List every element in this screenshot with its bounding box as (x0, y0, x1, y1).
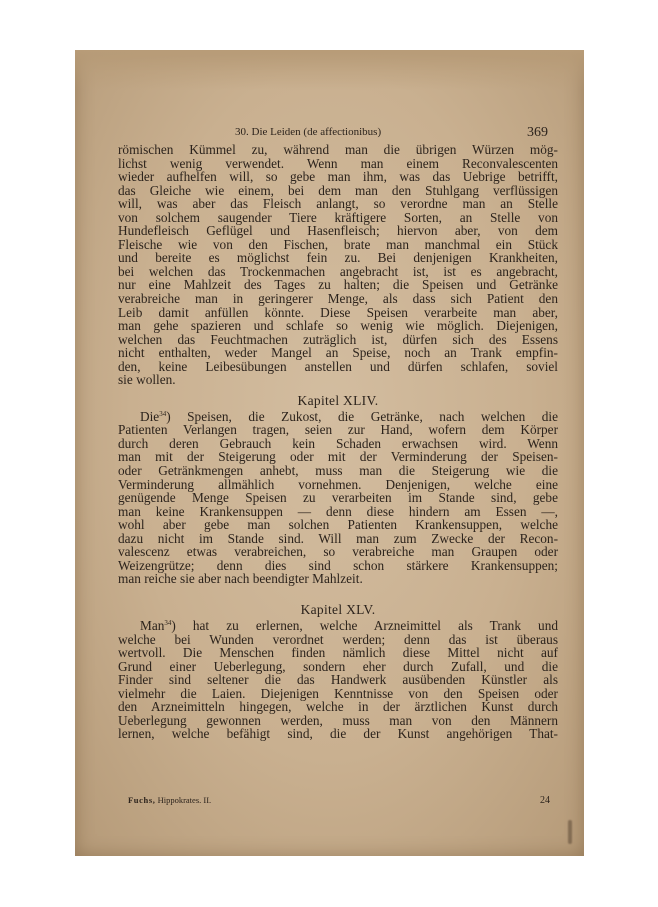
text-line: sie wollen. (118, 373, 558, 387)
text-line: Finder sind seltener die das Handwerk au… (118, 673, 558, 687)
text-line: nicht enthalten, weder Mangel an Speise,… (118, 346, 558, 360)
signature-line: Fuchs, Hippokrates. II. 24 (128, 795, 558, 807)
text-line: man keine Krankensuppen — denn diese hin… (118, 505, 558, 519)
text-line: wohl aber gebe man solchen Patienten Kra… (118, 518, 558, 532)
text-line: Hundefleisch Geflügel und Hasenfleisch; … (118, 224, 558, 238)
text-line: man mit der Steigerung oder mit der Verm… (118, 450, 558, 464)
chapter-heading-45: Kapitel XLV. (118, 600, 558, 619)
text-line: bei welchen das Trockenmachen angebracht… (118, 265, 558, 279)
text-line: römischen Kümmel zu, während man die übr… (118, 143, 558, 157)
page-blemish (568, 820, 572, 844)
page-number: 369 (527, 125, 548, 141)
text-line: Grund einer Ueberlegung, sondern eher du… (118, 660, 558, 674)
text-line: wieder aufhelfen will, so gebe man ihm, … (118, 170, 558, 184)
text-line: Patienten Verlangen tragen, seien zur Ha… (118, 423, 558, 437)
text-line: lichst wenig verwendet. Wenn man einem R… (118, 157, 558, 171)
text-line: will, was aber das Fleisch anlangt, so v… (118, 197, 558, 211)
text-line: man gehe spazieren und schlafe so wenig … (118, 319, 558, 333)
text-line: lernen, welche befähigt sind, die der Ku… (118, 727, 558, 741)
paragraph-1: römischen Kümmel zu, während man die übr… (118, 143, 558, 387)
text-line: Weizengrütze; denn dies sind schon stärk… (118, 559, 558, 573)
text-line: wertvoll. Die Menschen finden nämlich di… (118, 646, 558, 660)
text-line: welche bei Wunden verordnet werden; denn… (118, 633, 558, 647)
text-line: oder Getränkmengen anhebt, muss man die … (118, 464, 558, 478)
text-line: verabreiche man in geringerer Menge, als… (118, 292, 558, 306)
book-page: 30. Die Leiden (de affectionibus) 369 rö… (75, 50, 584, 856)
signature-number: 24 (540, 795, 550, 806)
text-line: vielmehr die Laien. Diejenigen Kenntniss… (118, 687, 558, 701)
running-header: 30. Die Leiden (de affectionibus) 369 (118, 126, 548, 142)
text-line: Man34) hat zu erlernen, welche Arzneimit… (118, 619, 558, 633)
text-line: genügende Menge Speisen zu verarbeiten i… (118, 491, 558, 505)
chapter-45-text: Man34) hat zu erlernen, welche Arzneimit… (118, 619, 558, 741)
text-line: Ueberlegung gewonnen werden, muss man vo… (118, 714, 558, 728)
printer-signature: Fuchs, Hippokrates. II. (128, 795, 211, 805)
text-line: Verminderung allmählich vornehmen. Denje… (118, 478, 558, 492)
body-text: römischen Kümmel zu, während man die übr… (118, 143, 558, 741)
text-line: man reiche sie aber nach beendigter Mahl… (118, 572, 558, 586)
text-line: von solchem saugender Tiere kräftigere S… (118, 211, 558, 225)
text-line: Die34) Speisen, die Zukost, die Getränke… (118, 410, 558, 424)
text-line: Leib damit anfüllen könnte. Diese Speise… (118, 306, 558, 320)
chapter-heading-44: Kapitel XLIV. (118, 391, 558, 410)
text-line: dazu nicht im Stande sind. Will man zum … (118, 532, 558, 546)
text-line: und bereite es möglichst fein zu. Bei de… (118, 251, 558, 265)
text-line: welchen das Feuchtmachen zuträglich ist,… (118, 333, 558, 347)
text-line: nur eine Mahlzeit des Tages zu halten; d… (118, 278, 558, 292)
text-line: das Gleiche wie einem, bei dem man den S… (118, 184, 558, 198)
text-line: Fleische wie von den Fischen, brate man … (118, 238, 558, 252)
text-line: den, keine Leibesübungen anstellen und d… (118, 360, 558, 374)
text-line: valescenz etwas verabreichen, so verabre… (118, 545, 558, 559)
text-line: durch deren Gebrauch kein Schaden erwach… (118, 437, 558, 451)
text-line: den Arzneimitteln hingegen, welche in de… (118, 700, 558, 714)
running-title: 30. Die Leiden (de affectionibus) (235, 126, 381, 138)
chapter-44-text: Die34) Speisen, die Zukost, die Getränke… (118, 410, 558, 586)
